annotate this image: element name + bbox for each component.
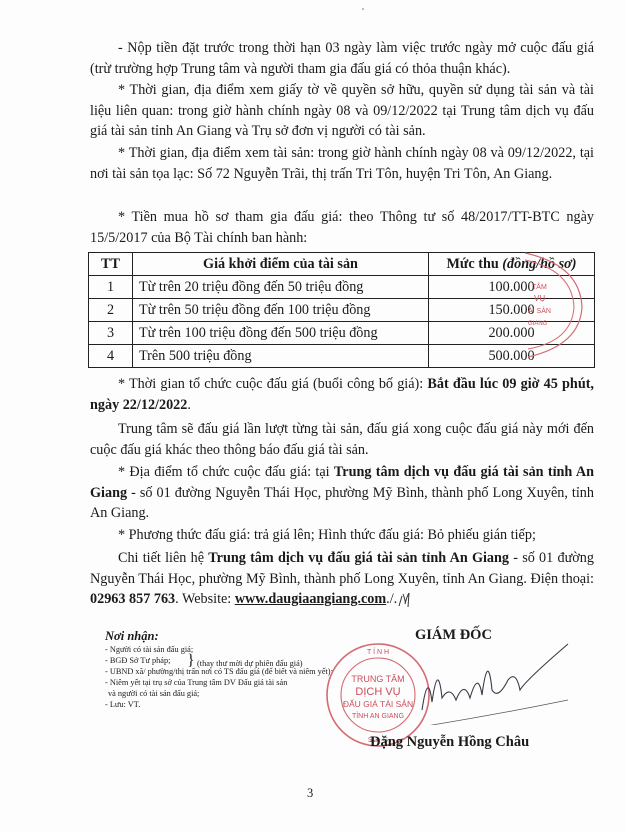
svg-text:ÀI SẢN: ÀI SẢN xyxy=(528,306,551,315)
row-tt: 3 xyxy=(89,322,133,345)
venue-label: * Địa điểm tổ chức cuộc đấu giá: tại xyxy=(118,464,334,480)
stamp-line: ĐẤU GIÁ TÀI SẢN xyxy=(343,698,413,709)
table-row: 4 Trên 500 triệu đồng 500.000 xyxy=(89,345,595,368)
contact-label: Chi tiết liên hệ xyxy=(118,550,208,566)
website-label: . Website: xyxy=(175,591,235,607)
svg-text:VỤ: VỤ xyxy=(534,294,545,303)
row-tt: 4 xyxy=(89,345,133,368)
row-tt: 2 xyxy=(89,299,133,322)
row-tt: 1 xyxy=(89,276,133,299)
official-stamp-icon: TRUNG TÂM DỊCH VỤ ĐẤU GIÁ TÀI SẢN TỈNH A… xyxy=(324,641,432,749)
fee-intro-paragraph: * Tiền mua hồ sơ tham gia đấu giá: theo … xyxy=(90,207,594,248)
closing-mark: ./. xyxy=(386,591,397,607)
stamp-partial-icon: TÂM VỤ ÀI SẢN GIANG xyxy=(520,245,600,365)
header-tt: TT xyxy=(89,253,133,276)
table-row: 2 Từ trên 50 triệu đồng đến 100 triệu đồ… xyxy=(89,299,595,322)
website-link[interactable]: www.daugiaangiang.com xyxy=(235,591,386,607)
fee-table-header: TT Giá khởi điểm của tài sản Mức thu (đồ… xyxy=(89,253,595,276)
asset-view-paragraph: * Thời gian, địa điểm xem tài sản: trong… xyxy=(90,143,594,184)
contact-paragraph: Chi tiết liên hệ Trung tâm dịch vụ đấu g… xyxy=(90,548,594,610)
phone-number: 02963 857 763 xyxy=(90,591,175,607)
contact-org: Trung tâm dịch vụ đấu giá tài sản tỉnh A… xyxy=(208,550,509,566)
brace-note: (thay thư mời dự phiên đấu giá) xyxy=(197,658,303,669)
header-price: Giá khởi điểm của tài sản xyxy=(133,253,429,276)
stamp-line: TỈNH AN GIANG xyxy=(352,711,404,720)
venue-address: - số 01 đường Nguyễn Thái Học, phường Mỹ… xyxy=(90,485,594,522)
svg-text:TÂM: TÂM xyxy=(532,282,547,291)
initials-icon xyxy=(397,590,413,608)
svg-text:T Í N H: T Í N H xyxy=(367,647,389,656)
signer-name: Đặng Nguyễn Hồng Châu xyxy=(370,734,529,751)
stamp-line: DỊCH VỤ xyxy=(355,686,400,698)
venue-paragraph: * Địa điểm tổ chức cuộc đấu giá: tại Tru… xyxy=(90,462,594,524)
sequence-paragraph: Trung tâm sẽ đấu giá lần lượt từng tài s… xyxy=(90,419,594,460)
auction-time-suffix: . xyxy=(187,397,191,413)
stamp-line: TRUNG TÂM xyxy=(351,674,404,684)
row-price: Trên 500 triệu đồng xyxy=(133,345,429,368)
row-price: Từ trên 50 triệu đồng đến 100 triệu đồng xyxy=(133,299,429,322)
svg-text:GIANG: GIANG xyxy=(528,321,548,327)
deposit-paragraph: - Nộp tiền đặt trước trong thời hạn 03 n… xyxy=(90,38,594,79)
table-row: 1 Từ trên 20 triệu đồng đến 50 triệu đồn… xyxy=(89,276,595,299)
method-paragraph: * Phương thức đấu giá: trả giá lên; Hình… xyxy=(90,525,594,546)
auction-time-paragraph: * Thời gian tổ chức cuộc đấu giá (buổi c… xyxy=(90,374,594,415)
document-page: - Nộp tiền đặt trước trong thời hạn 03 n… xyxy=(0,0,626,832)
page-number: 3 xyxy=(307,786,313,801)
fee-table: TT Giá khởi điểm của tài sản Mức thu (đồ… xyxy=(88,252,595,368)
brace-icon: } xyxy=(187,653,195,669)
scan-speck xyxy=(362,8,364,10)
table-row: 3 Từ trên 100 triệu đồng đến 500 triệu đ… xyxy=(89,322,595,345)
signature-icon xyxy=(420,640,570,725)
docs-view-paragraph: * Thời gian, địa điểm xem giấy tờ về quy… xyxy=(90,80,594,142)
header-fee-label: Mức thu xyxy=(446,256,498,272)
row-price: Từ trên 20 triệu đồng đến 50 triệu đồng xyxy=(133,276,429,299)
auction-time-label: * Thời gian tổ chức cuộc đấu giá (buổi c… xyxy=(118,376,427,392)
row-price: Từ trên 100 triệu đồng đến 500 triệu đồn… xyxy=(133,322,429,345)
